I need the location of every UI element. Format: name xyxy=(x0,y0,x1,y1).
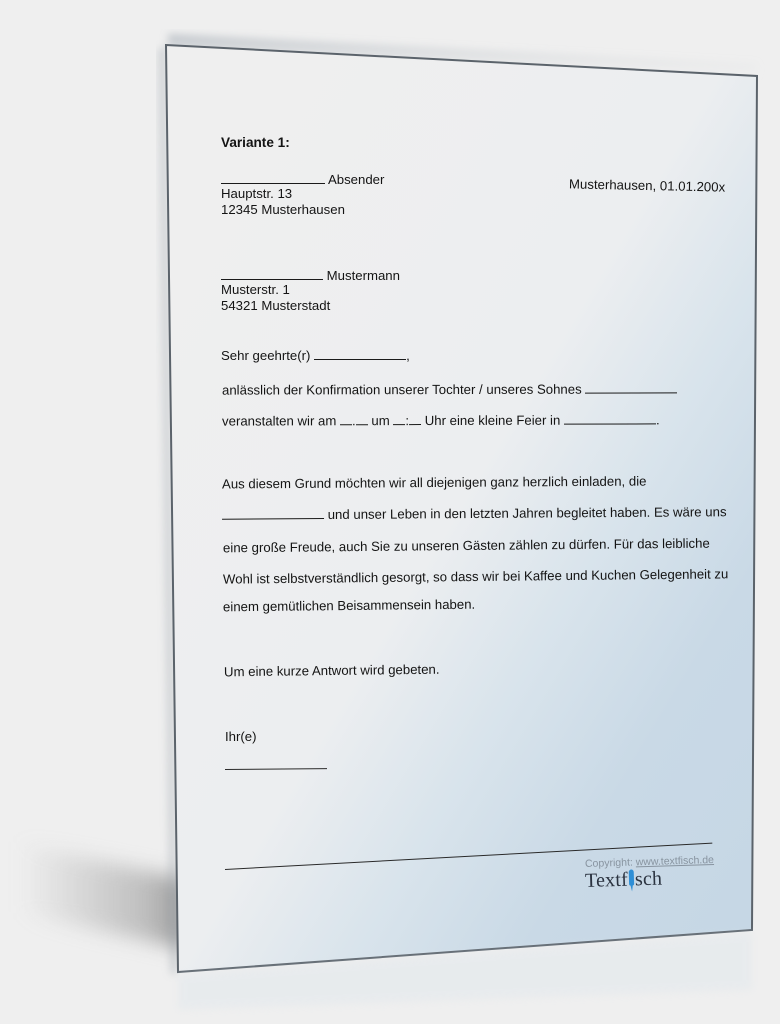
guests-blank xyxy=(222,507,324,520)
para2-line-1: Aus diesem Grund möchten wir all diejeni… xyxy=(222,475,647,491)
body-line-1: anlässlich der Konfirmation unserer Toch… xyxy=(222,381,677,396)
closing: Ihr(e) xyxy=(225,730,257,743)
logo-text-suffix: sch xyxy=(635,868,663,891)
minute-blank xyxy=(409,413,421,425)
sender-label: Absender xyxy=(328,172,384,187)
recipient-street: Musterstr. 1 xyxy=(221,283,290,296)
document-heading: Variante 1: xyxy=(221,136,290,150)
recipient-city: 54321 Musterstadt xyxy=(221,299,330,312)
body-line-2-text-a: veranstalten wir am xyxy=(222,413,336,428)
child-name-blank xyxy=(585,381,677,393)
hour-blank xyxy=(393,413,405,425)
recipient-name-blank xyxy=(221,268,323,280)
recipient-line: Mustermann xyxy=(221,268,400,282)
para2-line-2: und unser Leben in den letzten Jahren be… xyxy=(222,504,727,522)
reply-request: Um eine kurze Antwort wird gebeten. xyxy=(224,663,440,679)
body-line-2-text-c: um xyxy=(371,413,389,428)
place-date: Musterhausen, 01.01.200x xyxy=(569,177,725,193)
salutation-name-blank xyxy=(314,348,406,360)
venue-blank xyxy=(564,412,656,424)
month-blank xyxy=(356,413,368,425)
recipient-name: Mustermann xyxy=(327,268,400,283)
logo-text-prefix: Textf xyxy=(585,869,629,892)
day-blank xyxy=(340,413,352,425)
fish-i-icon xyxy=(628,867,636,891)
body-line-2: veranstalten wir am . um : Uhr eine klei… xyxy=(222,412,660,427)
sender-street: Hauptstr. 13 xyxy=(221,187,292,200)
para2-line-5: einem gemütlichen Beisammensein haben. xyxy=(223,598,475,614)
salutation-comma: , xyxy=(406,348,410,363)
sender-city: 12345 Musterhausen xyxy=(221,203,345,216)
body-line-2-period: . xyxy=(656,412,660,427)
body-line-1-text: anlässlich der Konfirmation unserer Toch… xyxy=(222,382,582,398)
sender-name-blank xyxy=(221,172,325,184)
salutation: Sehr geehrte(r) xyxy=(221,348,310,363)
textfisch-logo: Textfsch xyxy=(585,867,663,893)
salutation-line: Sehr geehrte(r) , xyxy=(221,348,410,362)
para2-line-2-text: und unser Leben in den letzten Jahren be… xyxy=(328,504,727,522)
document-preview: Variante 1: Absender Hauptstr. 13 12345 … xyxy=(0,0,780,1024)
sender-line: Absender xyxy=(221,172,384,186)
body-line-2-text-e: Uhr eine kleine Feier in xyxy=(425,413,561,428)
